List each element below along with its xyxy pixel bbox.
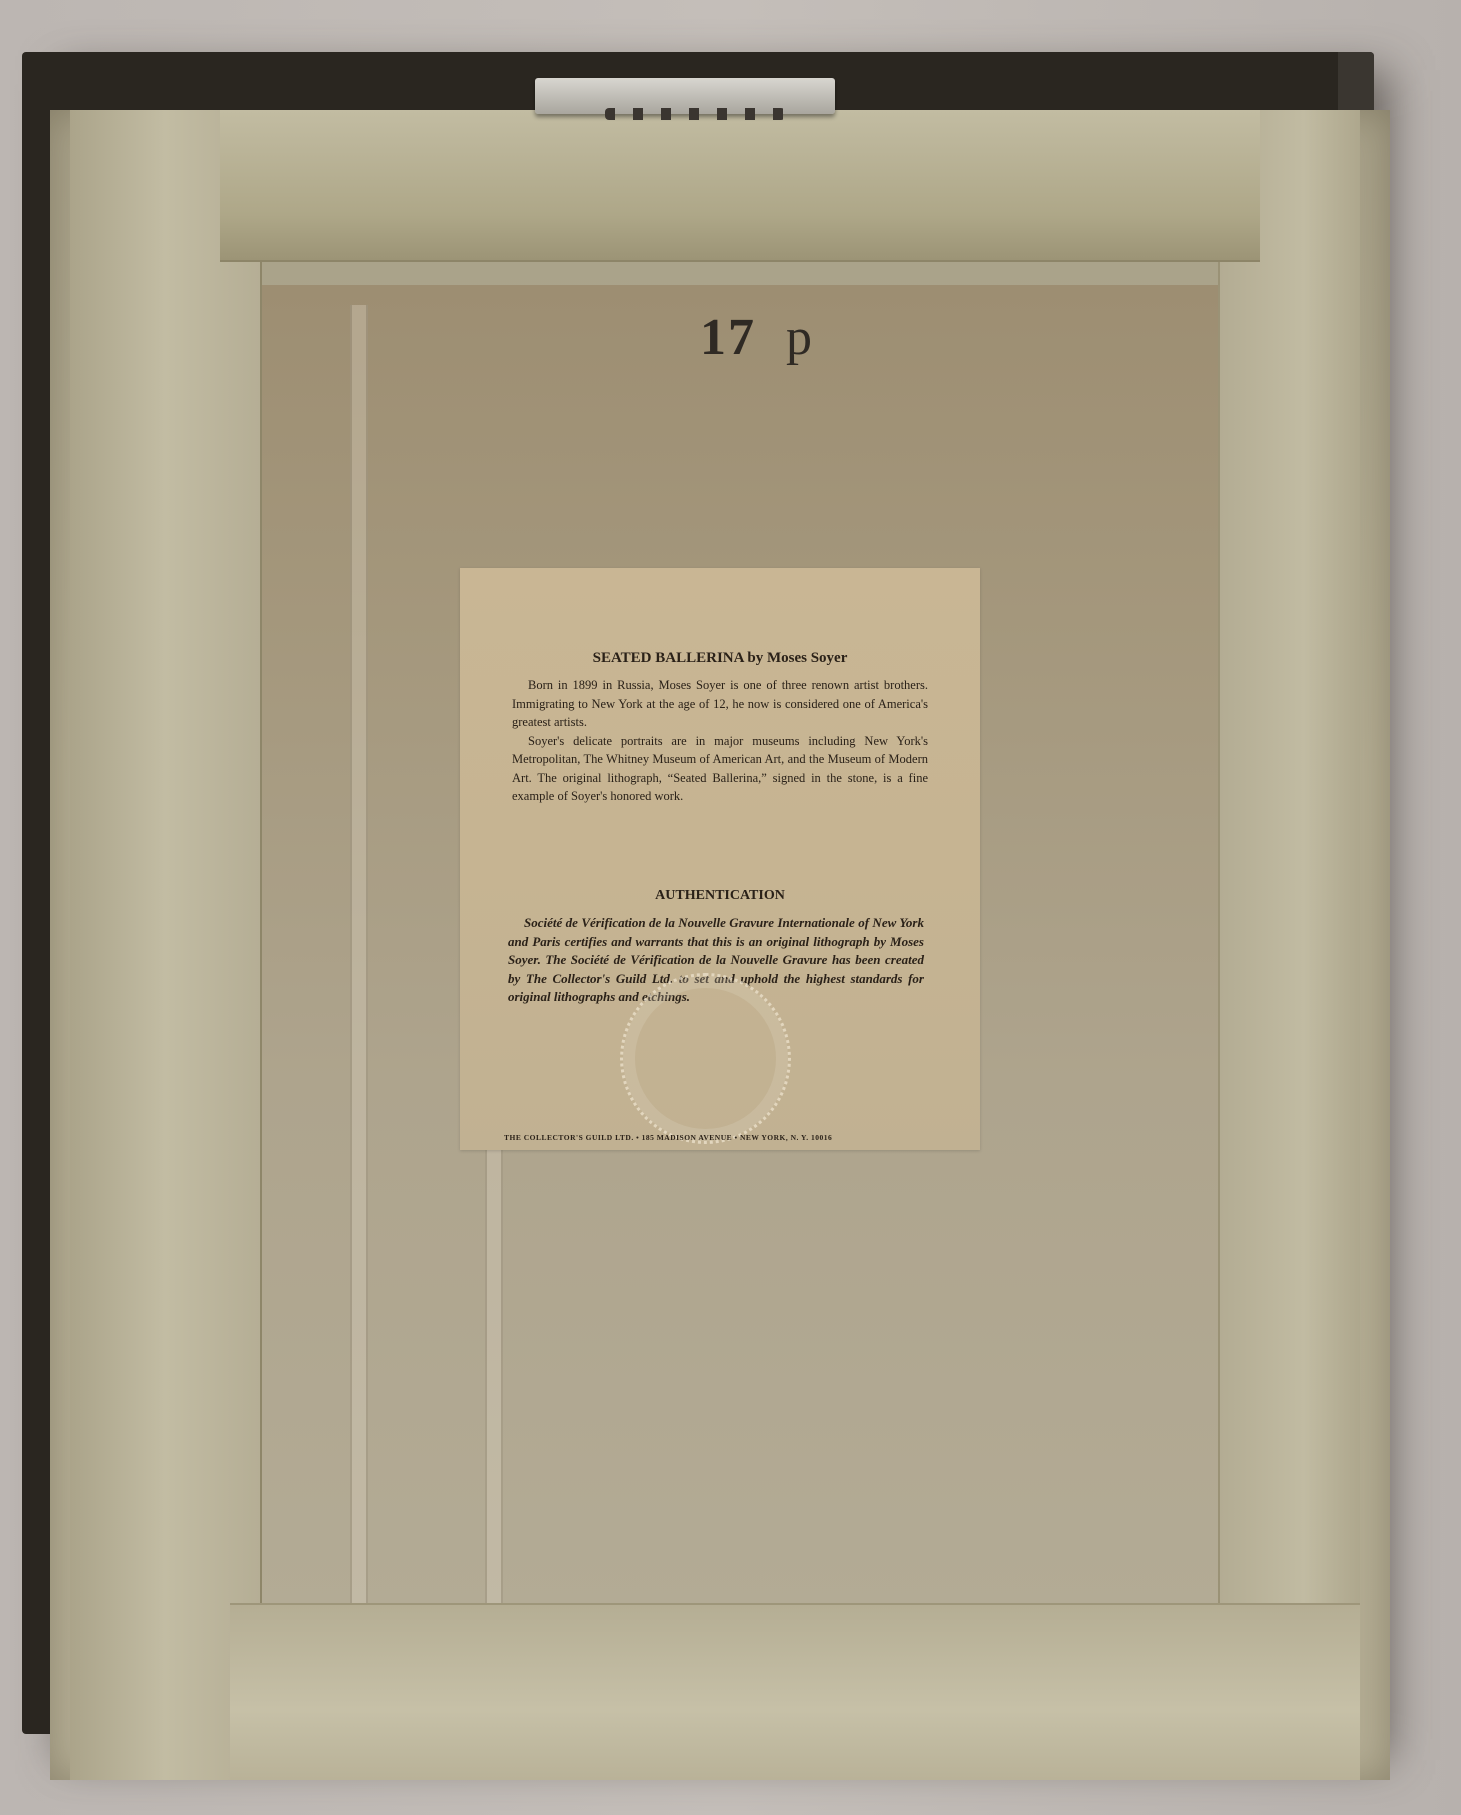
pencil-number: 17 [700, 309, 756, 366]
authentication-heading: AUTHENTICATION [460, 888, 980, 904]
tape-bottom [230, 1603, 1360, 1780]
tape-right [1218, 110, 1360, 1780]
tape-top [220, 110, 1260, 262]
water-stain [485, 1085, 503, 1605]
publisher-footer: THE COLLECTOR'S GUILD LTD. • 185 MADISON… [504, 1133, 940, 1142]
authentication-label: SEATED BALLERINA by Moses Soyer Born in … [460, 568, 980, 1150]
tape-left [70, 110, 262, 1780]
artist-bio: Born in 1899 in Russia, Moses Soyer is o… [512, 676, 928, 806]
label-title: SEATED BALLERINA by Moses Soyer [460, 650, 980, 667]
bio-paragraph: Soyer's delicate portraits are in major … [512, 732, 928, 806]
pencil-letter: p [786, 309, 814, 366]
water-stain [350, 305, 368, 1605]
embossed-seal [620, 973, 791, 1144]
pencil-mark: 17p [700, 308, 814, 367]
sawtooth-hanger [535, 78, 835, 114]
bio-paragraph: Born in 1899 in Russia, Moses Soyer is o… [512, 676, 928, 732]
